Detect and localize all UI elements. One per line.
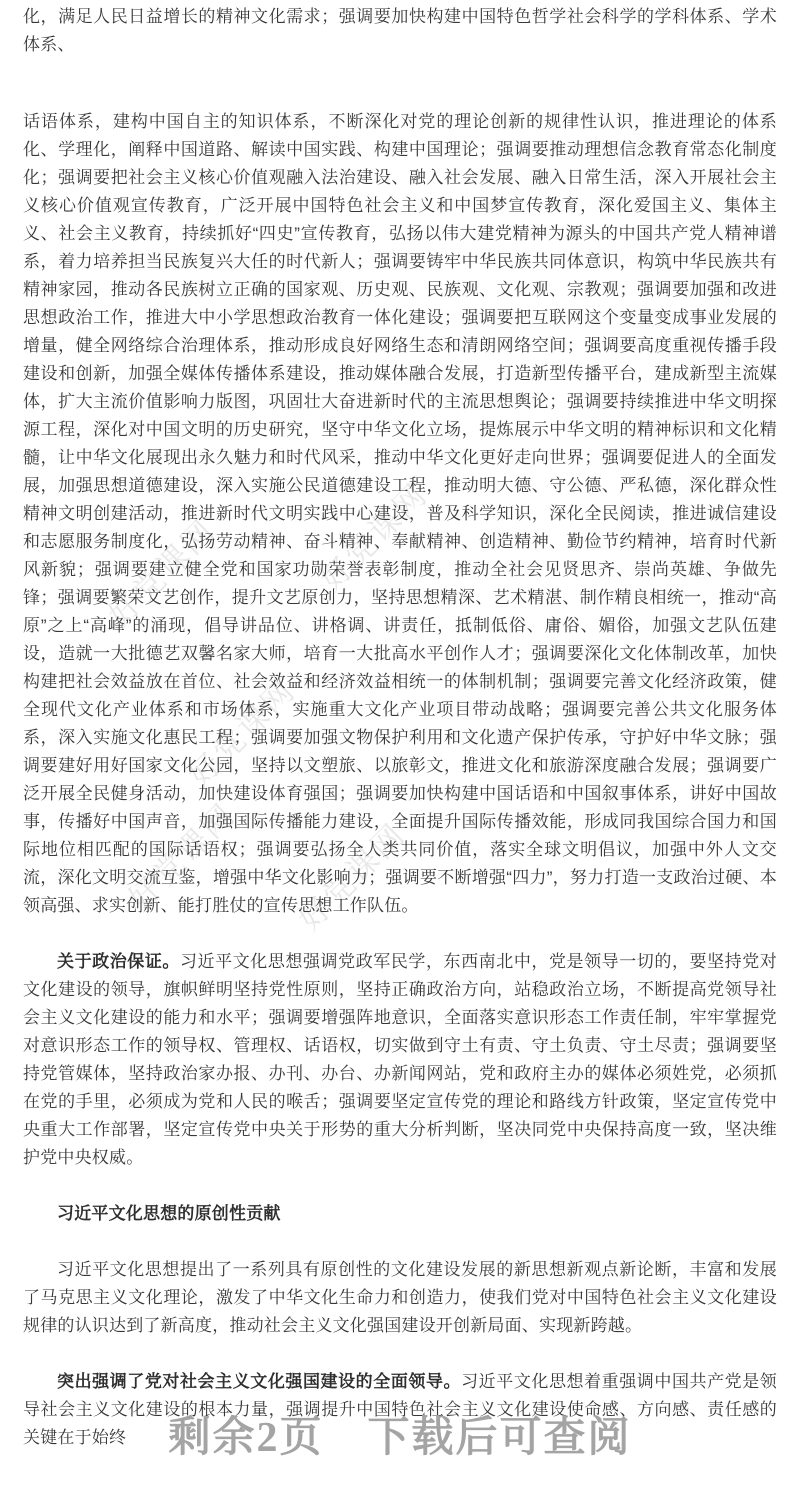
- heading-text: 习近平文化思想的原创性贡献: [57, 1204, 281, 1223]
- paragraph-page1-tail: 化，满足人民日益增长的精神文化需求；强调要加快构建中国特色哲学社会科学的学科体系…: [23, 3, 777, 59]
- paragraph-lead: 关于政治保证。: [57, 952, 180, 971]
- download-hint-label: 下载后可查阅: [368, 1404, 632, 1464]
- document-body: 化，满足人民日益增长的精神文化需求；强调要加快构建中国特色哲学社会科学的学科体系…: [0, 3, 800, 1452]
- paragraph-contribution-intro: 习近平文化思想提出了一系列具有原创性的文化建设发展的新思想新观点新论断，丰富和发…: [23, 1256, 777, 1340]
- paragraph-text: 化，满足人民日益增长的精神文化需求；强调要加快构建中国特色哲学社会科学的学科体系…: [23, 7, 777, 54]
- paragraph-lead: 突出强调了党对社会主义文化强国建设的全面领导。: [57, 1372, 461, 1391]
- paragraph-text: 习近平文化思想强调党政军民学，东西南北中，党是领导一切的，要坚持党对文化建设的领…: [23, 952, 777, 1167]
- document-page: 好党课网 好党课网 好党课网 好党课网 好党课网 化，满足人民日益增长的精神文化…: [0, 0, 800, 1510]
- paragraph-main: 话语体系，建构中国自主的知识体系，不断深化对党的理论创新的规律性认识，推进理论的…: [23, 108, 777, 920]
- section-heading-original-contribution: 习近平文化思想的原创性贡献: [23, 1200, 777, 1228]
- remaining-pages-label: 剩余2页: [168, 1404, 323, 1464]
- paragraph-text: 习近平文化思想提出了一系列具有原创性的文化建设发展的新思想新观点新论断，丰富和发…: [23, 1260, 777, 1335]
- paragraph-political-guarantee: 关于政治保证。习近平文化思想强调党政军民学，东西南北中，党是领导一切的，要坚持党…: [23, 948, 777, 1172]
- preview-footer: 剩余2页 下载后可查阅: [0, 1404, 800, 1464]
- paragraph-text: 话语体系，建构中国自主的知识体系，不断深化对党的理论创新的规律性认识，推进理论的…: [23, 112, 777, 915]
